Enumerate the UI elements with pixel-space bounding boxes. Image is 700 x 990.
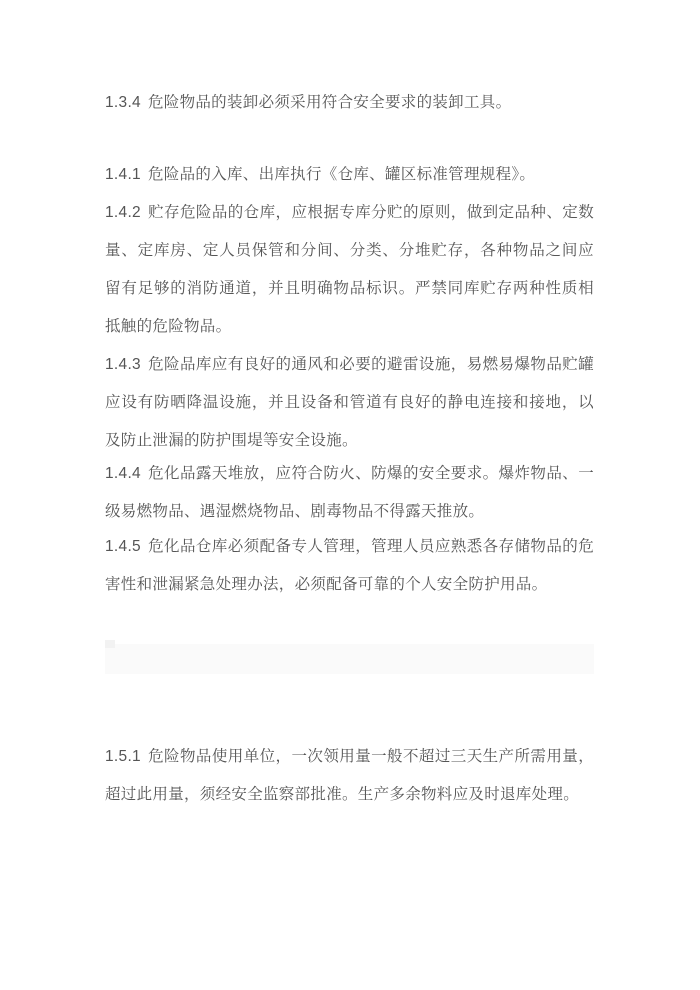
section-text: 贮存危险品的仓库，应根据专库分贮的原则，做到定品种、定数量、定库房、定人员保管和… — [105, 204, 594, 335]
section-number: 1.4.5 — [105, 538, 141, 555]
section-number: 1.4.4 — [105, 465, 141, 482]
paragraph-1-4-2: 1.4.2贮存危险品的仓库，应根据专库分贮的原则，做到定品种、定数量、定库房、定… — [105, 194, 594, 346]
section-number: 1.4.2 — [105, 204, 141, 221]
section-text: 危险物品使用单位，一次领用量一般不超过三天生产所需用量，超过此用量，须经安全监察… — [105, 748, 594, 803]
paragraph-1-4-1: 1.4.1危险品的入库、出库执行《仓库、罐区标准管理规程》。 — [105, 156, 594, 194]
paragraph-1-4-3: 1.4.3危险品库应有良好的通风和必要的避雷设施，易燃易爆物品贮罐应设有防晒降温… — [105, 346, 594, 460]
paragraph-1-5-1: 1.5.1危险物品使用单位，一次领用量一般不超过三天生产所需用量，超过此用量，须… — [105, 738, 594, 814]
document-page: 1.3.4危险物品的装卸必须采用符合安全要求的装卸工具。 1.4.1危险品的入库… — [0, 0, 700, 990]
section-text: 危险品库应有良好的通风和必要的避雷设施，易燃易爆物品贮罐应设有防晒降温设施，并且… — [105, 356, 594, 449]
section-number: 1.3.4 — [105, 94, 141, 111]
section-number: 1.5.1 — [105, 748, 141, 765]
paragraph-1-3-4: 1.3.4危险物品的装卸必须采用符合安全要求的装卸工具。 — [105, 84, 594, 122]
section-text: 危化品露天堆放，应符合防火、防爆的安全要求。爆炸物品、一级易燃物品、遇湿燃烧物品… — [105, 465, 594, 520]
section-text: 危险品的入库、出库执行《仓库、罐区标准管理规程》。 — [148, 166, 535, 183]
section-text: 危化品仓库必须配备专人管理，管理人员应熟悉各存储物品的危害性和泄漏紧急处理办法，… — [105, 538, 594, 593]
blank-placeholder-bar — [105, 644, 594, 674]
section-text: 危险物品的装卸必须采用符合安全要求的装卸工具。 — [148, 94, 511, 111]
section-number: 1.4.1 — [105, 166, 141, 183]
section-number: 1.4.3 — [105, 356, 141, 373]
paragraph-1-4-5: 1.4.5危化品仓库必须配备专人管理，管理人员应熟悉各存储物品的危害性和泄漏紧急… — [105, 528, 594, 604]
paragraph-1-4-4: 1.4.4危化品露天堆放，应符合防火、防爆的安全要求。爆炸物品、一级易燃物品、遇… — [105, 455, 594, 531]
